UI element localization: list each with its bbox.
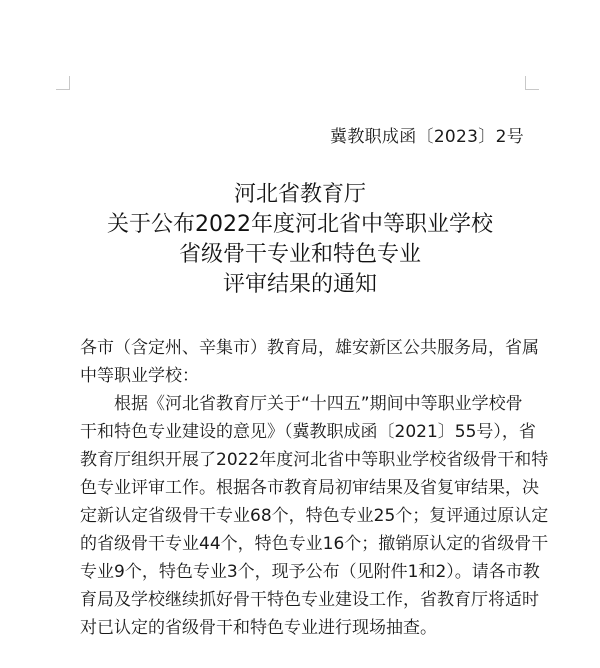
body-line: 育局及学校继续抓好骨干特色专业建设工作，省教育厅将适时 [80, 586, 525, 614]
document-body: 各市（含定州、辛集市）教育局，雄安新区公共服务局，省属 中等职业学校： 根据《河… [80, 334, 525, 642]
body-line: 教育厅组织开展了2022年度河北省中等职业学校省级骨干和特 [80, 446, 525, 474]
title-line-issuer: 河北省教育厅 [0, 180, 600, 210]
body-line: 专业9个，特色专业3个，现予公布（见附件1和2）。请各市教 [80, 558, 525, 586]
body-line: 干和特色专业建设的意见》（冀教职成函〔2021〕55号），省 [80, 418, 525, 446]
body-line: 定新认定省级骨干专业68个，特色专业25个；复评通过原认定 [80, 502, 525, 530]
body-line: 对已认定的省级骨干和特色专业进行现场抽查。 [80, 614, 525, 642]
salutation-line: 中等职业学校： [80, 362, 525, 390]
body-line: 根据《河北省教育厅关于“十四五”期间中等职业学校骨 [80, 390, 525, 418]
title-line-subject-cont: 省级骨干专业和特色专业 [0, 240, 600, 270]
body-line: 的省级骨干专业44个，特色专业16个；撤销原认定的省级骨干 [80, 530, 525, 558]
document-title: 河北省教育厅 关于公布2022年度河北省中等职业学校 省级骨干专业和特色专业 评… [0, 180, 600, 300]
document-number: 冀教职成函〔2023〕2号 [330, 127, 524, 147]
title-line-subject: 关于公布2022年度河北省中等职业学校 [0, 210, 600, 240]
page-margin-corner-mark-left [56, 76, 70, 90]
page-margin-corner-mark-right [525, 76, 539, 90]
title-line-notice: 评审结果的通知 [0, 270, 600, 300]
salutation-line: 各市（含定州、辛集市）教育局，雄安新区公共服务局，省属 [80, 334, 525, 362]
body-line: 色专业评审工作。根据各市教育局初审结果及省复审结果，决 [80, 474, 525, 502]
